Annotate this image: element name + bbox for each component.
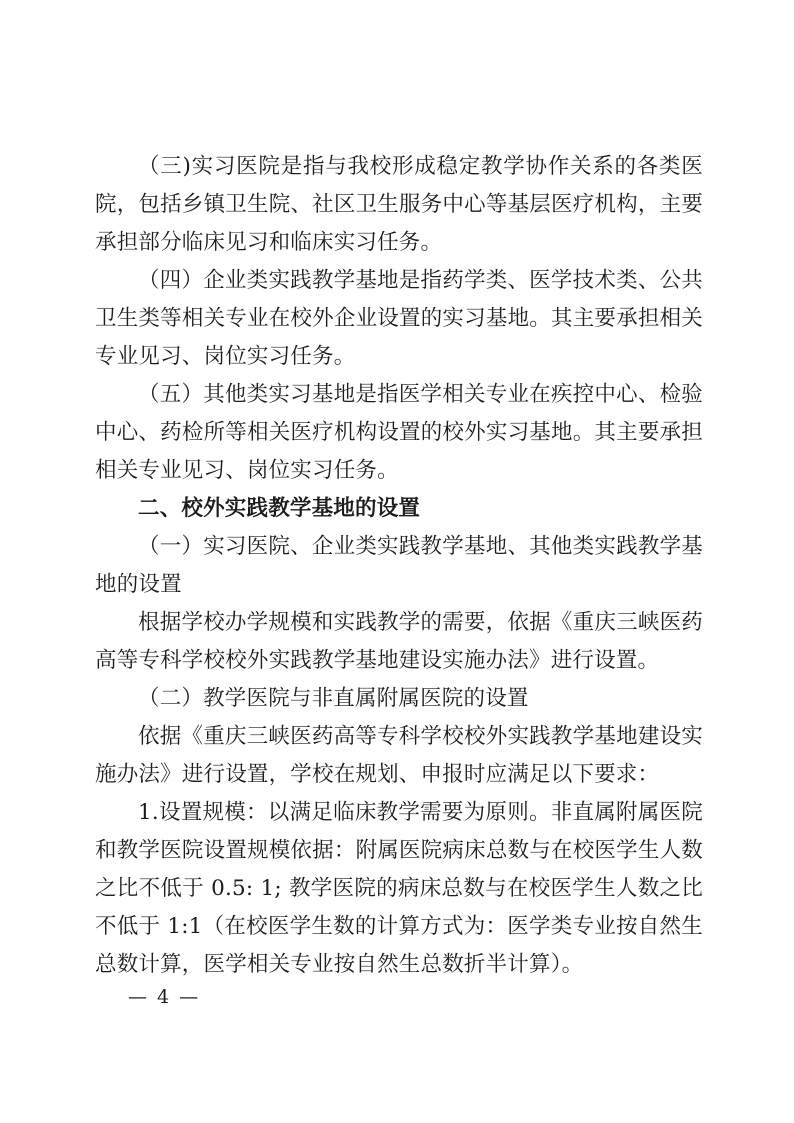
paragraph: （二）教学医院与非直属附属医院的设置 — [95, 680, 703, 718]
paragraph: （三)实习医院是指与我校形成稳定教学协作关系的各类医院，包括乡镇卫生院、社区卫生… — [95, 148, 703, 262]
section-heading: 二、校外实践教学基地的设置 — [95, 490, 703, 528]
page-number: — 4 — — [128, 986, 200, 1008]
paragraph: 依据《重庆三峡医药高等专科学校校外实践教学基地建设实施办法》进行设置，学校在规划… — [95, 718, 703, 794]
paragraph: 1.设置规模：以满足临床教学需要为原则。非直属附属医院和教学医院设置规模依据：附… — [95, 794, 703, 984]
paragraph: 根据学校办学规模和实践教学的需要，依据《重庆三峡医药高等专科学校校外实践教学基地… — [95, 604, 703, 680]
paragraph: （四）企业类实践教学基地是指药学类、医学技术类、公共卫生类等相关专业在校外企业设… — [95, 262, 703, 376]
document-page: （三)实习医院是指与我校形成稳定教学协作关系的各类医院，包括乡镇卫生院、社区卫生… — [0, 0, 794, 1123]
document-body: （三)实习医院是指与我校形成稳定教学协作关系的各类医院，包括乡镇卫生院、社区卫生… — [95, 148, 703, 984]
paragraph: （五）其他类实习基地是指医学相关专业在疾控中心、检验中心、药检所等相关医疗机构设… — [95, 376, 703, 490]
paragraph: （一）实习医院、企业类实践教学基地、其他类实践教学基地的设置 — [95, 528, 703, 604]
